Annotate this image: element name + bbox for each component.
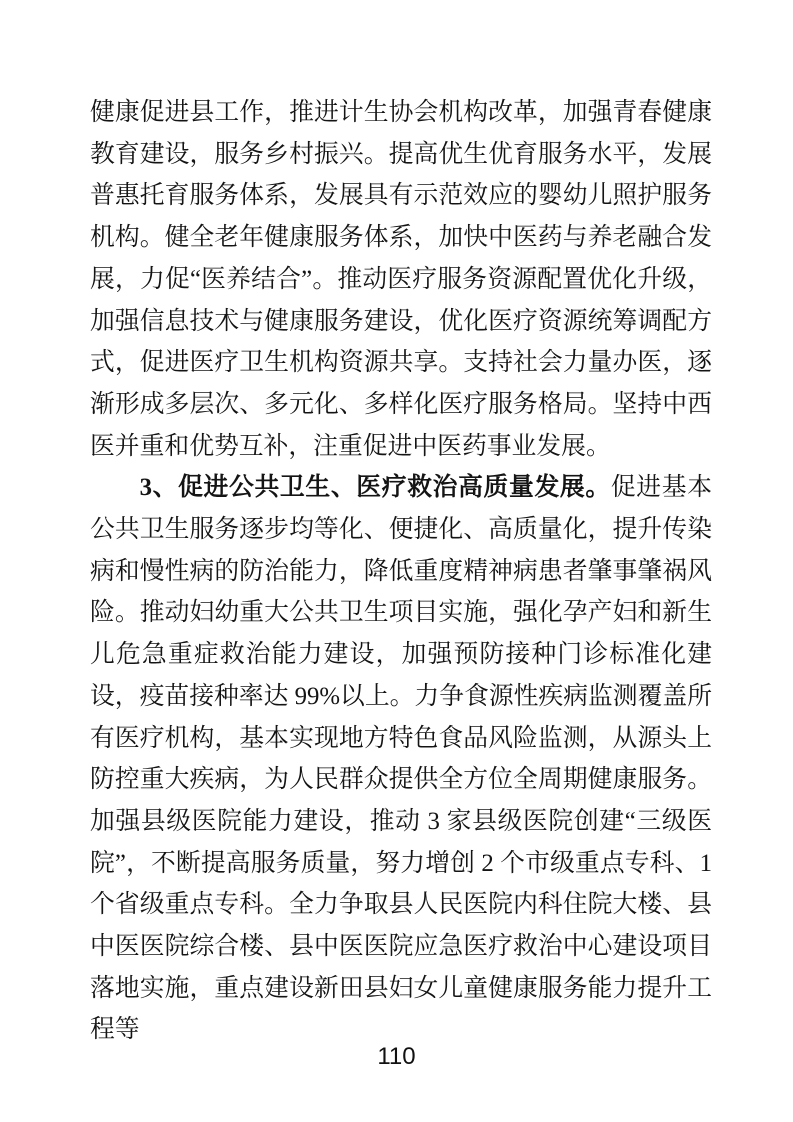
page-number: 110 [0, 1042, 793, 1072]
document-page: 健康促进县工作，推进计生协会机构改革，加强青春健康教育建设，服务乡村振兴。提高优… [0, 0, 793, 1122]
section-heading: 3、促进公共卫生、医疗救治高质量发展。 [140, 474, 611, 501]
body-text: 促进基本公共卫生服务逐步均等化、便捷化、高质量化，提升传染病和慢性病的防治能力，… [90, 474, 712, 1043]
document-body: 健康促进县工作，推进计生协会机构改革，加强青春健康教育建设，服务乡村振兴。提高优… [90, 92, 712, 1051]
paragraph: 健康促进县工作，推进计生协会机构改革，加强青春健康教育建设，服务乡村振兴。提高优… [90, 92, 712, 467]
body-text: 健康促进县工作，推进计生协会机构改革，加强青春健康教育建设，服务乡村振兴。提高优… [90, 99, 712, 460]
paragraph: 3、促进公共卫生、医疗救治高质量发展。促进基本公共卫生服务逐步均等化、便捷化、高… [90, 467, 712, 1051]
